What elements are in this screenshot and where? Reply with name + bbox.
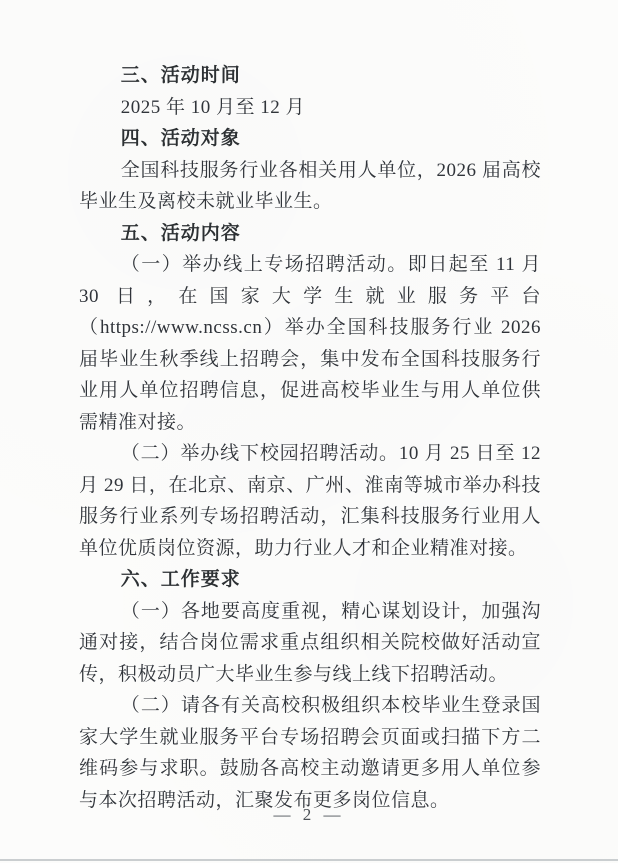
page-number: — 2 — — [274, 805, 345, 824]
body-paragraph: 2025 年 10 月至 12 月 — [79, 92, 541, 124]
body-paragraph: 全国科技服务行业各相关用人单位，2026 届高校毕业生及离校未就业毕业生。 — [79, 155, 541, 218]
body-paragraph: （二）请各有关高校积极组织本校毕业生登录国家大学生就业服务平台专场招聘会页面或扫… — [79, 690, 541, 816]
document-body: 三、活动时间2025 年 10 月至 12 月四、活动对象全国科技服务行业各相关… — [79, 60, 541, 816]
body-paragraph: （一）举办线上专场招聘活动。即日起至 11 月 30 日，在国家大学生就业服务平… — [79, 249, 541, 438]
section-heading: 五、活动内容 — [79, 218, 541, 250]
document-page: 三、活动时间2025 年 10 月至 12 月四、活动对象全国科技服务行业各相关… — [0, 0, 618, 863]
body-paragraph: （一）各地要高度重视，精心谋划设计，加强沟通对接，结合岗位需求重点组织相关院校做… — [79, 596, 541, 691]
section-heading: 六、工作要求 — [79, 564, 541, 596]
scan-edge-line — [0, 859, 618, 861]
section-heading: 三、活动时间 — [79, 60, 541, 92]
body-paragraph: （二）举办线下校园招聘活动。10 月 25 日至 12 月 29 日，在北京、南… — [79, 438, 541, 564]
page-footer: — 2 — — [0, 805, 618, 825]
section-heading: 四、活动对象 — [79, 123, 541, 155]
